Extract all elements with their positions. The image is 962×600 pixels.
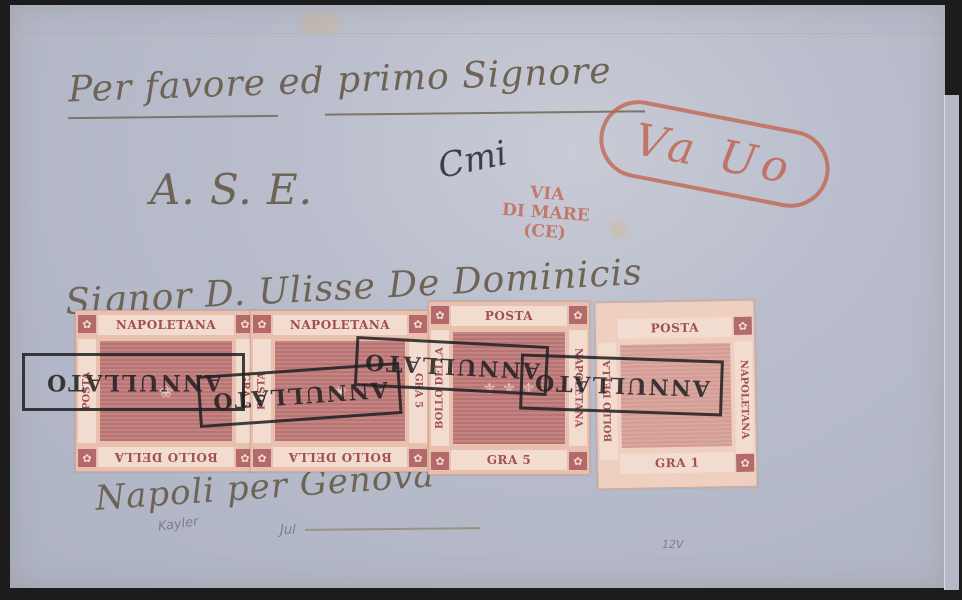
rosette-icon: ✿ — [569, 452, 587, 470]
rosette-icon: ✿ — [431, 452, 449, 470]
stamp-bottom-label: GRA 1 — [620, 452, 734, 474]
black-script-mark: Cmi — [435, 133, 511, 187]
vaello-handstamp: Va Uo — [593, 93, 837, 214]
pencil-corner-mark: 12V — [662, 538, 684, 551]
stamp-top-label: NAPOLETANA — [98, 315, 234, 335]
underline — [305, 527, 480, 531]
underline — [325, 110, 645, 115]
annullato-cancel: ANNULLATO — [519, 353, 724, 416]
rosette-icon: ✿ — [734, 317, 752, 335]
rosette-icon: ✿ — [409, 449, 427, 467]
stamp-top-label: POSTA — [451, 306, 567, 326]
stamp-bottom-label: BOLLO DELLA — [98, 447, 234, 467]
rosette-icon: ✿ — [431, 306, 449, 324]
postal-cover: Per favore ed primo Signore A. S. E. Sig… — [10, 5, 945, 588]
underline — [68, 115, 278, 119]
paper-stain — [300, 13, 340, 33]
manuscript-line-1: Per favore ed primo Signore — [67, 51, 612, 111]
rosette-icon: ✿ — [736, 454, 754, 472]
vaello-text: Va Uo — [630, 114, 798, 195]
pencil-signature: Kayler — [157, 514, 199, 535]
rosette-icon: ✿ — [78, 315, 96, 333]
rosette-icon: ✿ — [409, 315, 427, 333]
rosette-icon: ✿ — [78, 449, 96, 467]
manuscript-line-2: A. S. E. — [150, 165, 313, 214]
stamp-top-label: NAPOLETANA — [273, 315, 407, 335]
paper-stain — [610, 220, 628, 238]
stamp-top-label: POSTA — [618, 317, 732, 339]
via-di-mare-handstamp: VIA DI MARE (CE) — [500, 182, 591, 245]
rosette-icon: ✿ — [569, 306, 587, 324]
stamp-bottom-label: BOLLO DELLA — [273, 447, 407, 467]
rosette-icon: ✿ — [253, 315, 271, 333]
stamp-right-label: NAPOLETANA — [734, 341, 754, 458]
stamp-bottom-label: GRA 5 — [451, 450, 567, 470]
rosette-icon: ✿ — [253, 449, 271, 467]
fold-line — [22, 33, 945, 34]
cover-flap-edge — [944, 95, 959, 590]
pencil-note: Jul — [280, 523, 296, 538]
